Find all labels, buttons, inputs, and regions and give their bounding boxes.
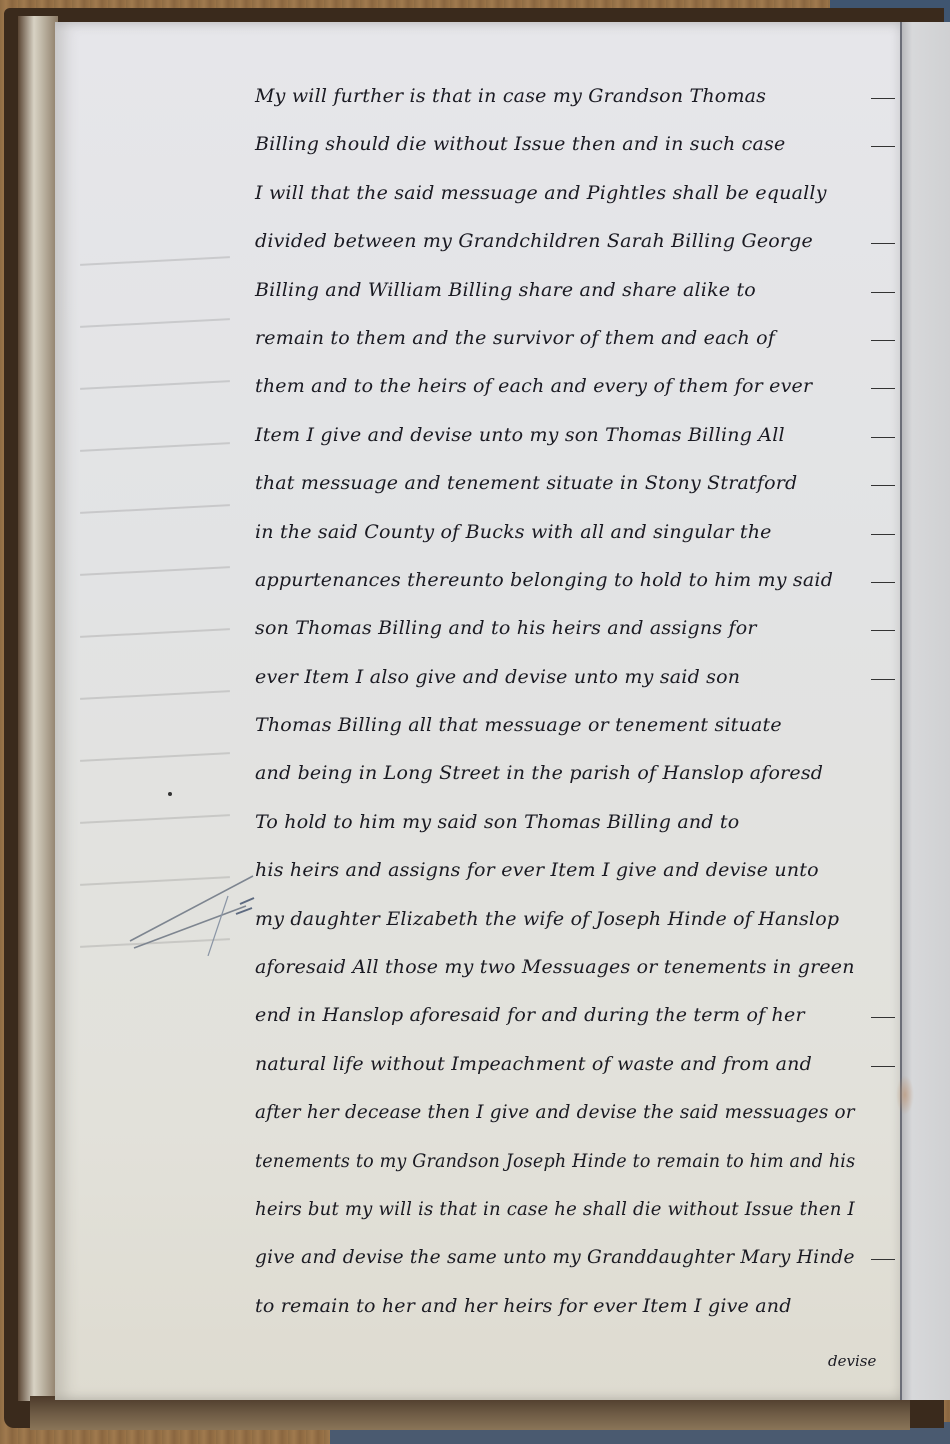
text-line: appurtenances thereunto belonging to hol…	[255, 556, 895, 604]
line-filler-dash	[871, 679, 895, 680]
line-filler-dash	[871, 243, 895, 244]
text-line: son Thomas Billing and to his heirs and …	[255, 604, 895, 652]
facing-page	[900, 22, 950, 1400]
line-filler-dash	[871, 1017, 895, 1018]
catchword: devise	[828, 1352, 876, 1370]
page-edges-left	[18, 16, 58, 1401]
line-filler-dash	[871, 485, 895, 486]
line-filler-dash	[871, 630, 895, 631]
text-line: Billing should die without Issue then an…	[255, 120, 895, 168]
text-line: his heirs and assigns for ever Item I gi…	[255, 846, 895, 894]
text-line: natural life without Impeachment of wast…	[255, 1040, 895, 1088]
line-filler-dash	[871, 1259, 895, 1260]
text-line: give and devise the same unto my Grandda…	[255, 1233, 895, 1281]
paper-stain	[896, 1075, 914, 1115]
text-line: heirs but my will is that in case he sha…	[255, 1185, 895, 1233]
text-line: tenements to my Grandson Joseph Hinde to…	[255, 1137, 895, 1185]
line-filler-dash	[871, 388, 895, 389]
text-line: after her decease then I give and devise…	[255, 1088, 895, 1136]
text-line: my daughter Elizabeth the wife of Joseph…	[255, 895, 895, 943]
text-line: Thomas Billing all that messuage or tene…	[255, 701, 895, 749]
text-line: in the said County of Bucks with all and…	[255, 508, 895, 556]
text-line: remain to them and the survivor of them …	[255, 314, 895, 362]
text-line: aforesaid All those my two Messuages or …	[255, 943, 895, 991]
text-line: them and to the heirs of each and every …	[255, 362, 895, 410]
ink-spot	[168, 792, 172, 796]
text-line: My will further is that in case my Grand…	[255, 72, 895, 120]
text-line: ever Item I also give and devise unto my…	[255, 653, 895, 701]
page-edges-bottom	[30, 1396, 910, 1430]
text-line: end in Hanslop aforesaid for and during …	[255, 991, 895, 1039]
text-line: I will that the said messuage and Pightl…	[255, 169, 895, 217]
line-filler-dash	[871, 1066, 895, 1067]
line-filler-dash	[871, 98, 895, 99]
line-filler-dash	[871, 534, 895, 535]
line-filler-dash	[871, 340, 895, 341]
text-line: and being in Long Street in the parish o…	[255, 749, 895, 797]
text-line: that messuage and tenement situate in St…	[255, 459, 895, 507]
text-line: To hold to him my said son Thomas Billin…	[255, 798, 895, 846]
pencil-mark-icon	[128, 866, 268, 956]
text-line: divided between my Grandchildren Sarah B…	[255, 217, 895, 265]
line-filler-dash	[871, 146, 895, 147]
line-filler-dash	[871, 582, 895, 583]
line-filler-dash	[871, 437, 895, 438]
text-line: Item I give and devise unto my son Thoma…	[255, 411, 895, 459]
will-text: My will further is that in case my Grand…	[255, 72, 895, 1330]
line-filler-dash	[871, 292, 895, 293]
ink-bleed-through	[60, 200, 250, 1100]
text-line: Billing and William Billing share and sh…	[255, 266, 895, 314]
text-line: to remain to her and her heirs for ever …	[255, 1282, 895, 1330]
